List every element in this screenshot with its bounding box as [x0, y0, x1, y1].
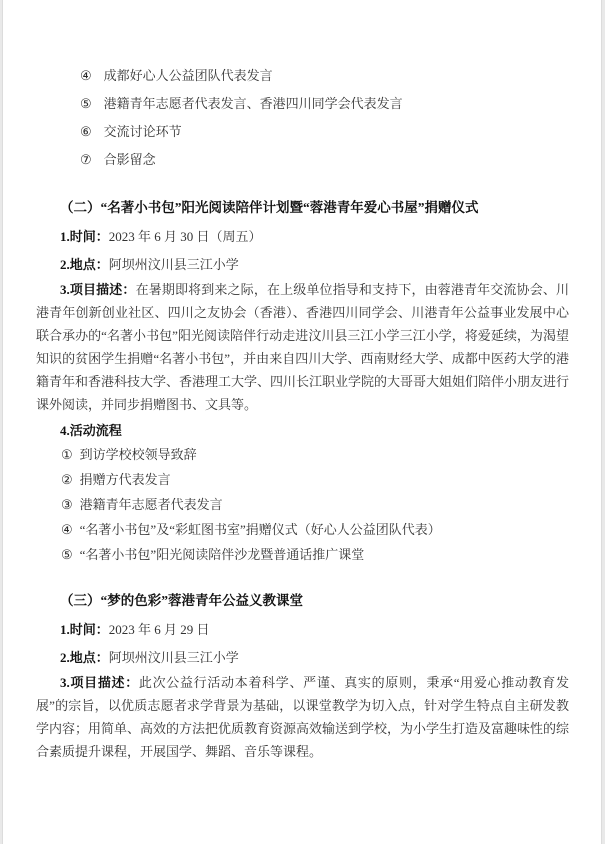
- circled-number-3: ③: [61, 492, 73, 517]
- list-item-text: 港籍青年志愿者代表发言: [80, 497, 223, 512]
- circled-number-5: ⑤: [80, 90, 92, 118]
- section2-place: 2.地点：阿坝州汶川县三江小学: [36, 253, 569, 276]
- time-value: 2023 年 6 月 30 日（周五）: [109, 229, 262, 244]
- list-item: ④成都好心人公益团队代表发言: [80, 62, 569, 90]
- list-item: ③港籍青年志愿者代表发言: [61, 492, 569, 517]
- list-item: ⑥交流讨论环节: [80, 118, 569, 146]
- section3-description: 3.项目描述：此次公益行活动本着科学、严谨、真实的原则，秉承“用爱心推动教育发展…: [36, 671, 569, 763]
- list-item: ④“名著小书包”及“彩虹图书室”捐赠仪式（好心人公益团队代表）: [61, 517, 569, 542]
- list-item-text: 捐赠方代表发言: [80, 472, 171, 487]
- section2-heading: （二）“名著小书包”阳光阅读陪伴计划暨“蓉港青年爱心书屋”捐赠仪式: [36, 196, 569, 220]
- agenda-list-continued: ④成都好心人公益团队代表发言 ⑤港籍青年志愿者代表发言、香港四川同学会代表发言 …: [80, 62, 569, 174]
- list-item-text: 交流讨论环节: [104, 124, 182, 139]
- list-item: ⑤“名著小书包”阳光阅读陪伴沙龙暨普通话推广课堂: [61, 542, 569, 567]
- place-label: 2.地点：: [60, 650, 109, 665]
- section2-time: 1.时间：2023 年 6 月 30 日（周五）: [36, 225, 569, 248]
- place-value: 阿坝州汶川县三江小学: [109, 650, 239, 665]
- description-text: 在暑期即将到来之际，在上级单位指导和支持下，由蓉港青年交流协会、川港青年创新创业…: [36, 282, 569, 412]
- description-label: 3.项目描述：: [60, 675, 139, 690]
- activity-flow-list: ①到访学校校领导致辞 ②捐赠方代表发言 ③港籍青年志愿者代表发言 ④“名著小书包…: [61, 442, 569, 567]
- list-item-text: 成都好心人公益团队代表发言: [104, 68, 273, 83]
- description-label: 3.项目描述：: [60, 282, 136, 297]
- section3-place: 2.地点：阿坝州汶川县三江小学: [36, 646, 569, 669]
- list-item: ⑤港籍青年志愿者代表发言、香港四川同学会代表发言: [80, 90, 569, 118]
- circled-number-5: ⑤: [61, 542, 73, 567]
- section3-time: 1.时间：2023 年 6 月 29 日: [36, 618, 569, 641]
- circled-number-7: ⑦: [80, 146, 92, 174]
- circled-number-2: ②: [61, 467, 73, 492]
- list-item-text: 到访学校校领导致辞: [80, 447, 197, 462]
- place-label: 2.地点：: [60, 257, 109, 272]
- list-item-text: “名著小书包”及“彩虹图书室”捐赠仪式（好心人公益团队代表）: [80, 522, 441, 537]
- circled-number-6: ⑥: [80, 118, 92, 146]
- time-label: 1.时间：: [60, 622, 109, 637]
- document-page: ④成都好心人公益团队代表发言 ⑤港籍青年志愿者代表发言、香港四川同学会代表发言 …: [2, 0, 602, 844]
- circled-number-4: ④: [80, 62, 92, 90]
- section2-description: 3.项目描述：在暑期即将到来之际，在上级单位指导和支持下，由蓉港青年交流协会、川…: [36, 278, 569, 416]
- list-item: ①到访学校校领导致辞: [61, 442, 569, 467]
- place-value: 阿坝州汶川县三江小学: [109, 257, 239, 272]
- time-label: 1.时间：: [60, 229, 109, 244]
- document-content: ④成都好心人公益团队代表发言 ⑤港籍青年志愿者代表发言、香港四川同学会代表发言 …: [2, 0, 602, 763]
- section2-flow-label: 4.活动流程: [36, 419, 569, 442]
- list-item-text: 港籍青年志愿者代表发言、香港四川同学会代表发言: [104, 96, 403, 111]
- list-item: ②捐赠方代表发言: [61, 467, 569, 492]
- section3-heading: （三）“梦的色彩”蓉港青年公益义教课堂: [36, 589, 569, 613]
- circled-number-1: ①: [61, 442, 73, 467]
- list-item-text: “名著小书包”阳光阅读陪伴沙龙暨普通话推广课堂: [80, 547, 365, 562]
- list-item-text: 合影留念: [104, 152, 156, 167]
- circled-number-4: ④: [61, 517, 73, 542]
- time-value: 2023 年 6 月 29 日: [109, 622, 210, 637]
- list-item: ⑦合影留念: [80, 146, 569, 174]
